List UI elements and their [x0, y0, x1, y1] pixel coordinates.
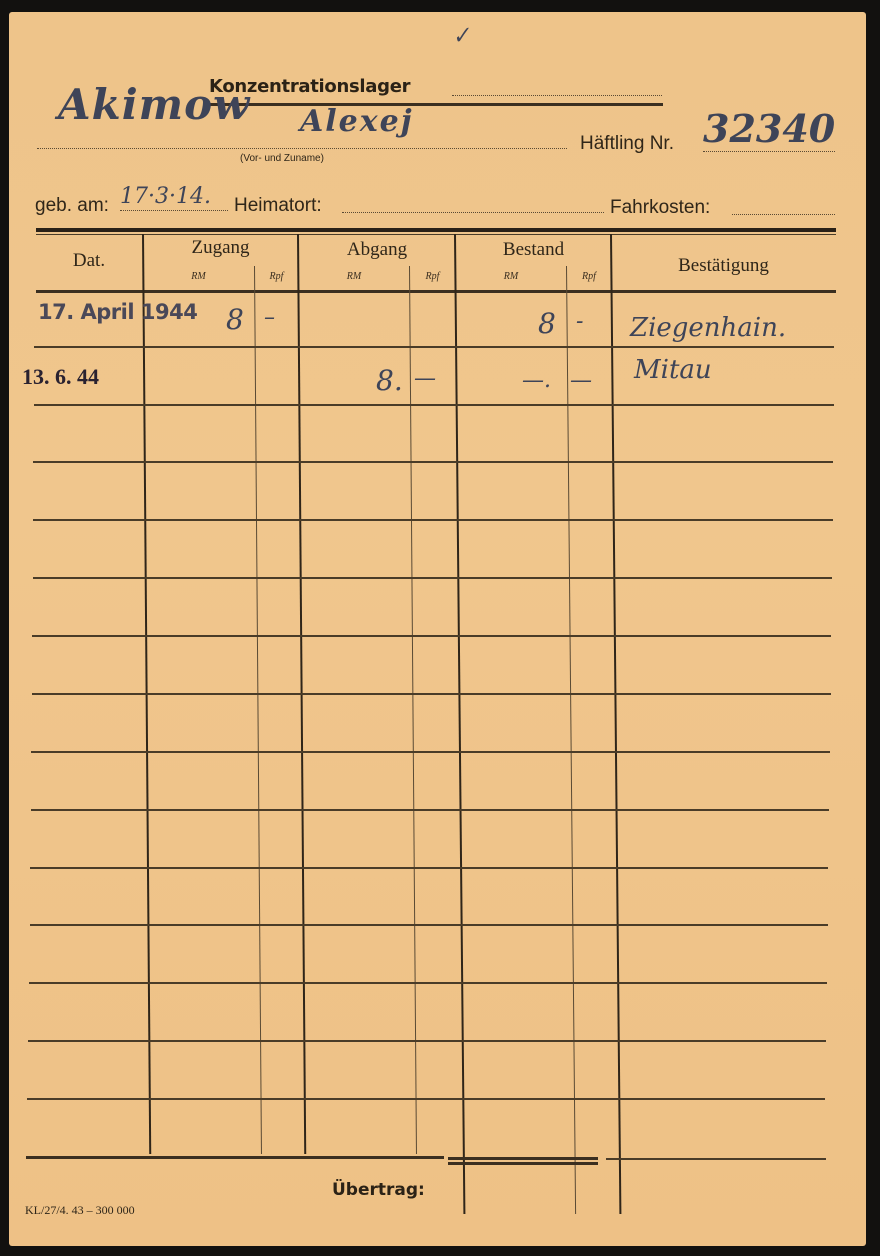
- row-line: [33, 519, 833, 521]
- surname-value: Akimow: [58, 80, 250, 129]
- name-field[interactable]: [37, 148, 567, 149]
- row-line: [28, 1040, 826, 1042]
- row1-date-stamp: 17. April 1944: [38, 300, 197, 324]
- row2-date-stamp: 13. 6. 44: [22, 364, 99, 390]
- col-header-balance: Bestand: [456, 239, 611, 261]
- subheader-outflow-rm: RM: [299, 271, 409, 282]
- row-line: [30, 867, 828, 869]
- row1-intake-rm: 8: [226, 303, 244, 336]
- birth-date-label: geb. am:: [35, 195, 109, 217]
- col-header-date: Dat.: [36, 250, 142, 272]
- row1-intake-rpf: –: [264, 305, 275, 330]
- row-line: [32, 635, 831, 637]
- camp-name-field[interactable]: [452, 95, 662, 96]
- row-line: [33, 461, 833, 463]
- row1-confirmation: Ziegenhain.: [630, 313, 786, 343]
- balance-total-rule-top: [448, 1157, 598, 1160]
- row-line: [30, 924, 828, 926]
- prisoner-no-label: Häftling Nr.: [580, 133, 674, 155]
- name-field-label: (Vor- und Zuname): [240, 153, 324, 164]
- prisoner-no-value: 32340: [703, 106, 835, 151]
- travel-cost-field[interactable]: [732, 214, 835, 215]
- row2-balance-rm: —.: [522, 368, 551, 393]
- hometown-field[interactable]: [342, 212, 604, 213]
- title-underline: [208, 103, 663, 106]
- row-line: [31, 809, 829, 811]
- col-header-intake: Zugang: [143, 237, 298, 259]
- prisoner-no-field[interactable]: [703, 151, 835, 152]
- subheader-intake-rpf: Rpf: [255, 271, 298, 282]
- row2-outflow-rpf: —: [414, 366, 436, 391]
- travel-cost-label: Fahrkosten:: [610, 197, 710, 219]
- row-line: [33, 577, 832, 579]
- row-line: [29, 982, 827, 984]
- confirmation-bottom-rule: [606, 1158, 826, 1160]
- hometown-label: Heimatort:: [234, 195, 322, 217]
- row1-balance-rpf: -: [576, 309, 583, 334]
- row2-confirmation: Mitau: [634, 355, 712, 385]
- subheader-outflow-rpf: Rpf: [410, 271, 455, 282]
- subheader-balance-rpf: Rpf: [567, 271, 611, 282]
- row-line: [31, 751, 830, 753]
- row1-balance-rm: 8: [538, 307, 556, 340]
- subheader-balance-rm: RM: [456, 271, 566, 282]
- col-header-outflow: Abgang: [299, 239, 455, 261]
- row-line: [32, 693, 831, 695]
- birth-date-field[interactable]: [120, 210, 228, 211]
- table-top-rule-inner: [36, 234, 836, 235]
- birth-date-value: 17·3·14.: [120, 184, 211, 209]
- row2-balance-rpf: —: [570, 368, 592, 393]
- row-line: [34, 404, 834, 406]
- given-name-value: Alexej: [300, 104, 414, 139]
- table-bottom-rule: [26, 1156, 444, 1159]
- header-bottom-rule: [36, 290, 836, 293]
- table-top-rule: [36, 228, 836, 232]
- row-line: [27, 1098, 825, 1100]
- row2-outflow-rm: 8.: [376, 364, 403, 397]
- form-code: KL/27/4. 43 – 300 000: [25, 1203, 135, 1218]
- carry-over-label: Übertrag:: [332, 1180, 425, 1200]
- row-line: [34, 346, 834, 348]
- carry-over-rm-field[interactable]: [450, 1172, 556, 1212]
- carry-over-rpf-field[interactable]: [558, 1172, 600, 1212]
- col-header-confirmation: Bestätigung: [612, 255, 835, 277]
- subheader-intake-rm: RM: [143, 271, 254, 282]
- balance-total-rule-bottom: [448, 1162, 598, 1165]
